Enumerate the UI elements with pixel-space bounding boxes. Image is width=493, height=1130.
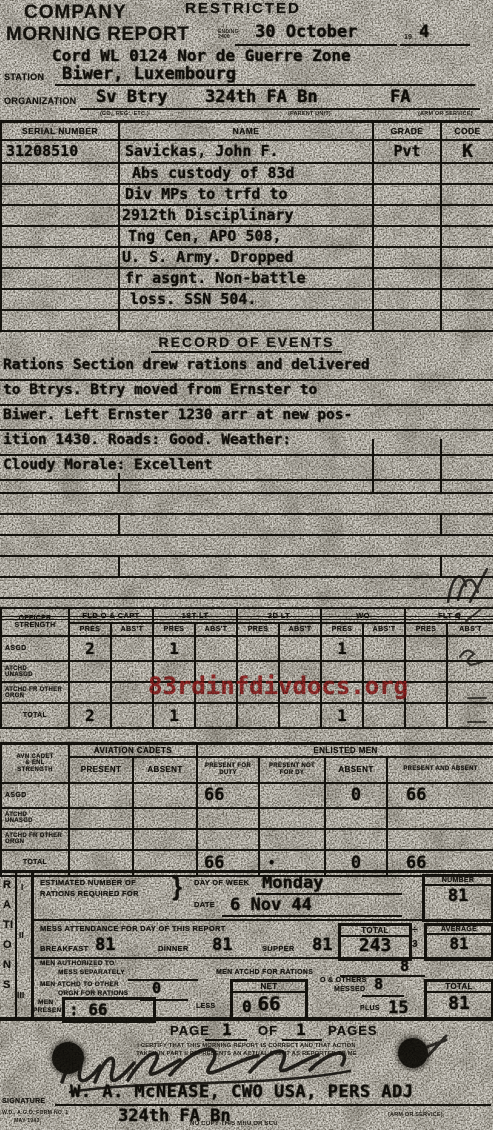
ink-blot-left: [52, 1042, 84, 1074]
subhead-abst: ABS'T: [363, 623, 405, 636]
value-cell: [259, 829, 325, 850]
value-cell: [133, 829, 197, 850]
signer-name: W. A. McNEASE, CWO USA, PERS ADJ: [70, 1082, 414, 1102]
value-cell: 2: [69, 703, 111, 728]
code-cell: [441, 289, 493, 310]
col-absent: ABSENT: [133, 757, 197, 783]
estimated-label-1: ESTIMATED NUMBER OF: [40, 878, 136, 887]
estimated-label-2: RATIONS REQUIRED FOR: [40, 889, 139, 898]
men-label: MEN: [38, 999, 53, 1006]
value-cell: [279, 703, 321, 728]
roster-header-serial: SERIAL NUMBER: [1, 122, 119, 140]
group-enlisted-men: ENLISTED MEN: [197, 744, 493, 757]
col-present: PRESENT: [69, 757, 133, 783]
grade-cell: [373, 205, 441, 226]
row-label: ASGD: [1, 636, 69, 661]
value-cell: [69, 783, 133, 808]
value-cell: [405, 636, 447, 661]
event-line: to Btrys. Btry moved from Ernster to: [0, 382, 317, 398]
group-aviation-cadets: AVIATION CADETS: [69, 744, 197, 757]
pages-value: 1: [296, 1020, 306, 1039]
value-cell: 2: [69, 636, 111, 661]
value-cell: [195, 703, 237, 728]
subhead-abst: ABS'T: [447, 623, 493, 636]
name-cell: Tng Cen, APO 508,: [119, 226, 373, 247]
company-title: COMPANY: [24, 2, 127, 24]
value-cell: 1: [153, 703, 195, 728]
rations-section: RATIONS I II III ESTIMATED NUMBER OF RAT…: [0, 870, 493, 1025]
blank-ruled-rows: [0, 473, 493, 620]
breakfast-value: 81: [95, 935, 115, 955]
group-flt-o: FLT O: [405, 608, 493, 623]
divide-symbol: ÷: [412, 925, 418, 936]
col-text: PRESENT NOT FOR DY: [262, 763, 322, 777]
org-subscript-left: (CO., REG., ETC.): [100, 111, 149, 117]
value-cell: [405, 703, 447, 728]
event-line: Rations Section drew rations and deliver…: [0, 357, 370, 373]
mess-attendance-label: MESS ATTENDANCE FOR DAY OF THIS REPORT: [40, 924, 226, 933]
atchd-rations-label: MEN ATCHD FOR RATIONS: [216, 969, 313, 976]
value-cell: [69, 661, 111, 682]
value-cell: [237, 636, 279, 661]
col-present-for-duty: PRESENT FOR DUTY: [197, 757, 259, 783]
roster-row: 31208510 Savickas, John F. Pvt K: [1, 140, 493, 163]
value-cell: 0: [325, 783, 387, 808]
roster-row: Tng Cen, APO 508,: [1, 226, 493, 247]
roster-row: fr asgnt. Non-battle: [1, 268, 493, 289]
row-label: ATCHD UNASGD: [1, 661, 69, 682]
code-cell: [441, 310, 493, 331]
code-cell: [441, 226, 493, 247]
group-wo: WO: [321, 608, 405, 623]
row-label-text: ATCHD UNASGD: [5, 666, 55, 678]
code-cell: [441, 268, 493, 289]
grand-total-value: 81: [427, 993, 491, 1015]
atchd-rations-value: 8: [400, 957, 409, 975]
value-cell: [325, 829, 387, 850]
subhead-pres: PRES: [405, 623, 447, 636]
ration-marker-i: I: [21, 883, 24, 892]
report-date-value: 30 October: [255, 22, 357, 42]
roster-header-code: CODE: [441, 122, 493, 140]
code-cell: [441, 205, 493, 226]
name-cell: fr asgnt. Non-battle: [119, 268, 373, 289]
value-cell: [133, 783, 197, 808]
roster-header-name: NAME: [119, 122, 373, 140]
grade-cell: [373, 289, 441, 310]
officer-strength-table: OFFICER STRENGTH FLD O & CAPT 1ST LT 2D …: [0, 607, 493, 729]
dinner-value: 81: [212, 935, 232, 955]
present-label: PRESENT: [33, 1007, 66, 1014]
name-cell: Div MPs to trfd to: [119, 184, 373, 205]
form-number-line-2: MAY 1943: [14, 1118, 40, 1124]
serial-cell: [1, 205, 119, 226]
total-value: 243: [341, 937, 409, 955]
row-label: ASGD: [1, 783, 69, 808]
grade-cell: [373, 268, 441, 289]
col-present-not-for-dy: PRESENT NOT FOR DY: [259, 757, 325, 783]
col-absent-em: ABSENT: [325, 757, 387, 783]
row-label: TOTAL: [1, 703, 69, 728]
station-label: STATION: [4, 72, 44, 82]
value-cell: 66: [387, 783, 493, 808]
grand-total-label: TOTAL: [427, 982, 491, 993]
code-cell: [441, 184, 493, 205]
arm-service-text: (ARM OR SERVICE): [388, 1112, 443, 1118]
less-value: 0: [242, 997, 252, 1016]
enlisted-row-asgd: ASGD 66 0 66: [1, 783, 493, 808]
row-label-text: ATCHD UNASGD: [5, 812, 55, 824]
roster-row: [1, 310, 493, 331]
value-cell: [259, 783, 325, 808]
name-cell: U. S. Army. Dropped: [119, 247, 373, 268]
subhead-pres: PRES: [237, 623, 279, 636]
date-label: DATE: [194, 900, 215, 909]
record-of-events-title: RECORD OF EVENTS: [151, 334, 343, 353]
subhead-abst: ABS'T: [279, 623, 321, 636]
no-copy-text: NO COPY THIS MRU OR SCU: [190, 1121, 278, 1127]
col-text: PRESENT AND ABSENT: [390, 766, 491, 773]
value-cell: [447, 661, 493, 682]
auth-mess-label-2: MESS SEPARATELY: [58, 969, 125, 976]
date-value: 6 Nov 44: [230, 895, 312, 915]
value-cell: [69, 808, 133, 829]
value-cell: [111, 636, 153, 661]
value-cell: [279, 636, 321, 661]
supper-label: SUPPER: [262, 944, 295, 953]
serial-cell: [1, 268, 119, 289]
value-cell: [111, 682, 153, 703]
station-value: Biwer, Luxembourg: [62, 64, 236, 84]
classification-banner: RESTRICTED: [185, 0, 301, 17]
of-label: OF: [258, 1023, 278, 1038]
dinner-label: DINNER: [158, 944, 189, 953]
serial-cell: 31208510: [1, 140, 119, 163]
enl-label-3: STRENGTH: [2, 767, 68, 774]
officer-label-1: OFFICER: [2, 615, 68, 622]
roster-table: SERIAL NUMBER NAME GRADE CODE 31208510 S…: [0, 120, 493, 332]
net-label: NET: [233, 982, 305, 993]
enlisted-strength-label: AVN CADET & ENL STRENGTH: [1, 744, 69, 783]
supper-value: 81: [312, 935, 332, 955]
officer-row-total: TOTAL 2 1 1: [1, 703, 493, 728]
officer-row-asgd: ASGD 2 1 1: [1, 636, 493, 661]
auth-mess-label-1: MEN AUTHORIZED TO: [40, 960, 114, 967]
grand-total-box: TOTAL 81: [424, 979, 493, 1021]
roster-header-grade: GRADE: [373, 122, 441, 140]
value-cell: 66: [197, 783, 259, 808]
col-present-and-absent: PRESENT AND ABSENT: [387, 757, 493, 783]
total-box: TOTAL 243: [338, 923, 412, 961]
record-of-events-heading: RECORD OF EVENTS: [0, 334, 493, 352]
grade-cell: Pvt: [373, 140, 441, 163]
organization-arm: FA: [390, 87, 410, 107]
date-stamp: ENDING 2400: [218, 30, 252, 40]
archive-watermark: 83rdinfdivdocs.org: [148, 672, 408, 700]
ink-blot-right: [398, 1038, 428, 1068]
code-cell: K: [441, 140, 493, 163]
value-cell: [447, 682, 493, 703]
roster-row: loss. SSN 504.: [1, 289, 493, 310]
organization-label: ORGANIZATION: [4, 96, 76, 106]
signature-label: SIGNATURE: [2, 1098, 45, 1105]
atchd-other-label-2: ORGN FOR RATIONS: [58, 990, 128, 997]
officer-label-2: STRENGTH: [2, 622, 68, 629]
organization-unit: Sv Btry: [96, 87, 168, 107]
roster-row: 2912th Disciplinary: [1, 205, 493, 226]
censor-code-line: Cord WL 0124 Nor de Guerre Zone: [52, 46, 351, 65]
row-label-text: ATCHD FR OTHER ORGN: [5, 833, 65, 845]
value-cell: [197, 808, 259, 829]
plus-label: PLUS: [360, 1005, 380, 1012]
breakfast-label: BREAKFAST: [40, 944, 89, 953]
average-value: 81: [427, 935, 491, 953]
serial-cell: [1, 184, 119, 205]
name-cell: loss. SSN 504.: [119, 289, 373, 310]
value-cell: [447, 703, 493, 728]
less-label: LESS: [196, 1003, 215, 1010]
year-digit: 4: [419, 22, 429, 42]
group-fld-o-capt: FLD O & CAPT: [69, 608, 153, 623]
name-cell: Abs custody of 83d: [119, 163, 373, 184]
grade-cell: [373, 247, 441, 268]
enlisted-row-atchd-fr-other: ATCHD FR OTHER ORGN: [1, 829, 493, 850]
value-cell: [387, 829, 493, 850]
value-cell: 1: [321, 703, 363, 728]
organization-parent: 324th FA Bn: [205, 87, 318, 107]
name-cell: Savickas, John F.: [119, 140, 373, 163]
serial-cell: [1, 289, 119, 310]
others-label-1: O & OTHERS: [320, 977, 367, 984]
page-label: PAGE: [170, 1023, 210, 1038]
value-cell: 1: [321, 636, 363, 661]
code-cell: [441, 247, 493, 268]
org-subscript-mid: (PARENT UNIT): [288, 111, 331, 117]
value-cell: [195, 636, 237, 661]
value-cell: [447, 636, 493, 661]
serial-cell: [1, 163, 119, 184]
day-of-week-value: Monday: [262, 873, 323, 893]
value-cell: [69, 682, 111, 703]
value-cell: [387, 808, 493, 829]
footer-row: W.D., A.G.O. FORM NO. 1 MAY 1943 324th F…: [0, 1106, 493, 1130]
subhead-pres: PRES: [153, 623, 195, 636]
serial-cell: [1, 247, 119, 268]
roster-row: U. S. Army. Dropped: [1, 247, 493, 268]
morning-report-scan: COMPANY RESTRICTED MORNING REPORT ENDING…: [0, 0, 493, 1130]
code-cell: [441, 163, 493, 184]
events-text: Rations Section drew rations and deliver…: [0, 356, 493, 481]
ration-marker-iii: III: [17, 991, 25, 1000]
value-cell: [111, 661, 153, 682]
number-box: NUMBER 81: [422, 874, 493, 922]
grade-cell: [373, 226, 441, 247]
others-label-2: MESSED: [334, 986, 365, 993]
value-cell: [197, 829, 259, 850]
plus-value: 15: [388, 998, 408, 1018]
group-2d-lt: 2D LT: [237, 608, 321, 623]
row-label-text: ATCHD FR OTHER ORGN: [5, 687, 65, 699]
form-number-line-1: W.D., A.G.O. FORM NO. 1: [2, 1110, 68, 1116]
org-subscript-right: (ARM OR SERVICE): [418, 111, 473, 117]
value-cell: [405, 682, 447, 703]
value-cell: [237, 703, 279, 728]
value-cell: 1: [153, 636, 195, 661]
serial-cell: [1, 226, 119, 247]
value-cell: [405, 661, 447, 682]
roster-row: Abs custody of 83d: [1, 163, 493, 184]
serial-cell: [1, 310, 119, 331]
number-label: NUMBER: [425, 877, 491, 886]
value-cell: [69, 829, 133, 850]
group-1st-lt: 1ST LT: [153, 608, 237, 623]
col-text: PRESENT FOR DUTY: [200, 763, 256, 777]
enlisted-strength-table: AVN CADET & ENL STRENGTH AVIATION CADETS…: [0, 742, 493, 877]
day-of-week-label: DAY OF WEEK: [194, 878, 249, 887]
number-value: 81: [425, 886, 491, 906]
event-line: Cloudy Morale: Excellent: [0, 457, 213, 473]
year-preprint: 19: [404, 34, 412, 41]
atchd-other-label-1: MEN ATCHD TO OTHER: [40, 981, 119, 988]
row-label: ATCHD UNASGD: [1, 808, 69, 829]
enlisted-row-atchd-unasgd: ATCHD UNASGD: [1, 808, 493, 829]
value-cell: [325, 808, 387, 829]
subhead-abst: ABS'T: [195, 623, 237, 636]
pages-label: PAGES: [328, 1023, 378, 1038]
subhead-pres: PRES: [321, 623, 363, 636]
grade-cell: [373, 310, 441, 331]
others-value: 8: [374, 975, 383, 993]
average-box: AVERAGE 81: [424, 923, 493, 961]
grade-cell: [373, 184, 441, 205]
value-cell: [259, 808, 325, 829]
grade-cell: [373, 163, 441, 184]
atchd-other-value: 0: [152, 979, 161, 997]
roster-row: Div MPs to trfd to: [1, 184, 493, 205]
event-line: ition 1430. Roads: Good. Weather:: [0, 432, 291, 448]
subhead-pres: PRES: [69, 623, 111, 636]
header: COMPANY RESTRICTED MORNING REPORT ENDING…: [0, 0, 493, 122]
page-value: 1: [222, 1020, 232, 1039]
name-cell: 2912th Disciplinary: [119, 205, 373, 226]
value-cell: [363, 636, 405, 661]
officer-strength-label: OFFICER STRENGTH: [1, 608, 69, 636]
subhead-abst: ABS'T: [111, 623, 153, 636]
brace-glyph: }: [172, 871, 182, 902]
report-title: MORNING REPORT: [6, 24, 189, 46]
name-cell: [119, 310, 373, 331]
divide-by: 3: [412, 939, 418, 950]
value-cell: [363, 703, 405, 728]
value-cell: [111, 703, 153, 728]
event-line: Biwer. Left Ernster 1230 arr at new pos-: [0, 407, 352, 423]
row-label: ATCHD FR OTHER ORGN: [1, 829, 69, 850]
row-label: ATCHD FR OTHER ORGN: [1, 682, 69, 703]
value-cell: [133, 808, 197, 829]
